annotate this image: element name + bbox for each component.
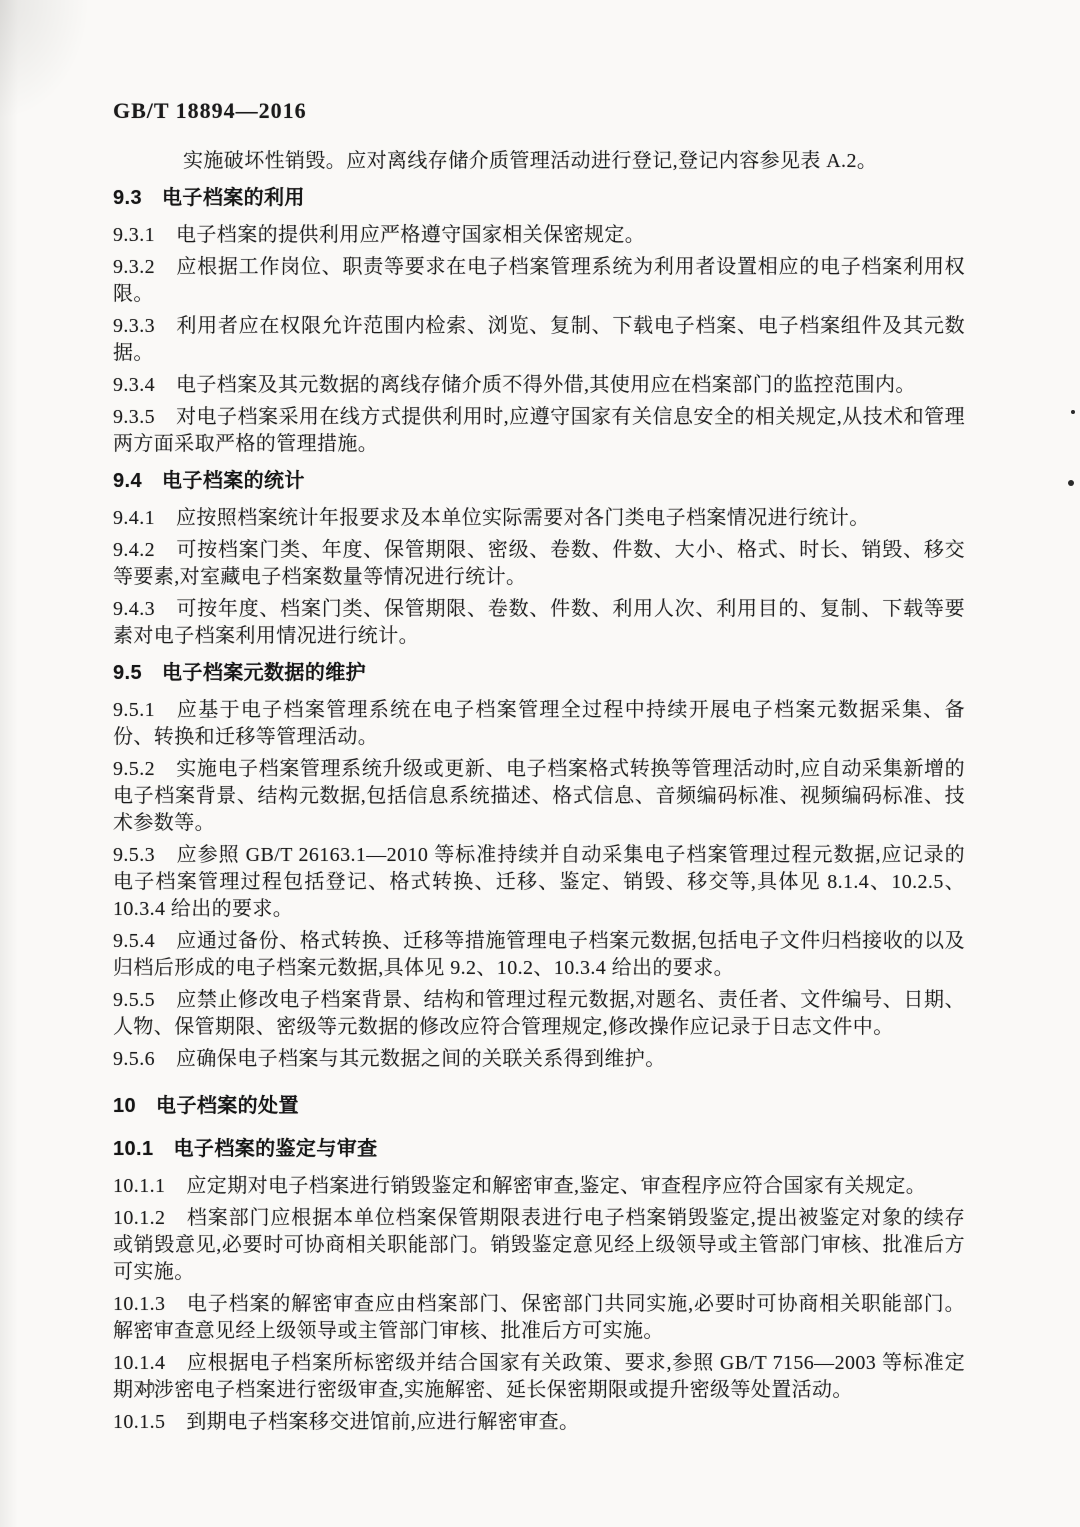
- heading-title: 电子档案的鉴定与审查: [174, 1138, 378, 1160]
- clause-9-3-4: 9.3.4电子档案及其元数据的离线存储介质不得外借,其使用应在档案部门的监控范围…: [113, 372, 965, 399]
- clause-text: 电子档案及其元数据的离线存储介质不得外借,其使用应在档案部门的监控范围内。: [176, 374, 916, 396]
- clause-number: 9.5.1: [113, 699, 155, 721]
- clause-text: 利用者应在权限允许范围内检索、浏览、复制、下载电子档案、电子档案组件及其元数据。: [113, 315, 965, 364]
- heading-number: 9.4: [113, 470, 142, 492]
- clause-number: 9.4.3: [113, 598, 155, 620]
- clause-number: 9.5.4: [113, 930, 155, 952]
- clause-text: 应基于电子档案管理系统在电子档案管理全过程中持续开展电子档案元数据采集、备份、转…: [113, 699, 965, 748]
- clause-number: 10.1.5: [113, 1411, 165, 1433]
- clause-number: 9.3.3: [113, 315, 155, 337]
- clause-number: 9.5.2: [113, 758, 155, 780]
- clause-number: 9.4.1: [113, 507, 155, 529]
- clause-9-4-2: 9.4.2可按档案门类、年度、保管期限、密级、卷数、件数、大小、格式、时长、销毁…: [113, 537, 965, 591]
- clause-text: 应禁止修改电子档案背景、结构和管理过程元数据,对题名、责任者、文件编号、日期、人…: [113, 989, 965, 1038]
- heading-title: 电子档案元数据的维护: [162, 662, 366, 684]
- clause-text: 应通过备份、格式转换、迁移等措施管理电子档案元数据,包括电子文件归档接收的以及归…: [113, 930, 965, 979]
- heading-title: 电子档案的利用: [162, 187, 305, 209]
- clause-number: 9.4.2: [113, 539, 155, 561]
- heading-10-1: 10.1电子档案的鉴定与审查: [113, 1136, 965, 1163]
- clause-number: 10.1.4: [113, 1352, 165, 1374]
- clause-9-4-1: 9.4.1应按照档案统计年报要求及本单位实际需要对各门类电子档案情况进行统计。: [113, 505, 965, 532]
- clause-9-5-6: 9.5.6应确保电子档案与其元数据之间的关联关系得到维护。: [113, 1046, 965, 1073]
- heading-title: 电子档案的统计: [162, 470, 305, 492]
- clause-number: 9.5.6: [113, 1048, 155, 1070]
- clause-number: 9.5.5: [113, 989, 155, 1011]
- clause-number: 10.1.1: [113, 1175, 165, 1197]
- clause-text: 实施电子档案管理系统升级或更新、电子档案格式转换等管理活动时,应自动采集新增的电…: [113, 758, 965, 834]
- continuation-paragraph: 实施破坏性销毁。应对离线存储介质管理活动进行登记,登记内容参见表 A.2。: [113, 148, 965, 175]
- heading-number: 9.5: [113, 662, 142, 684]
- clause-9-3-2: 9.3.2应根据工作岗位、职责等要求在电子档案管理系统为利用者设置相应的电子档案…: [113, 254, 965, 308]
- heading-10: 10电子档案的处置: [113, 1093, 965, 1120]
- clause-text: 档案部门应根据本单位档案保管期限表进行电子档案销毁鉴定,提出被鉴定对象的续存或销…: [113, 1207, 965, 1283]
- heading-9-3: 9.3电子档案的利用: [113, 185, 965, 212]
- clause-text: 应参照 GB/T 26163.1—2010 等标准持续并自动采集电子档案管理过程…: [113, 844, 965, 920]
- clause-text: 可按档案门类、年度、保管期限、密级、卷数、件数、大小、格式、时长、销毁、移交等要…: [113, 539, 965, 588]
- page-number: 10: [138, 1378, 155, 1398]
- heading-number: 10.1: [113, 1138, 154, 1160]
- clause-text: 应确保电子档案与其元数据之间的关联关系得到维护。: [176, 1048, 666, 1070]
- scan-speck: [1068, 480, 1074, 486]
- clause-9-4-3: 9.4.3可按年度、档案门类、保管期限、卷数、件数、利用人次、利用目的、复制、下…: [113, 596, 965, 650]
- scan-corner-shade: [0, 0, 90, 120]
- clause-number: 9.3.1: [113, 224, 155, 246]
- clause-9-5-1: 9.5.1应基于电子档案管理系统在电子档案管理全过程中持续开展电子档案元数据采集…: [113, 697, 965, 751]
- clause-number: 9.3.5: [113, 406, 155, 428]
- clause-10-1-1: 10.1.1应定期对电子档案进行销毁鉴定和解密审查,鉴定、审查程序应符合国家有关…: [113, 1173, 965, 1200]
- clause-number: 10.1.2: [113, 1207, 165, 1229]
- clause-text: 电子档案的解密审查应由档案部门、保密部门共同实施,必要时可协商相关职能部门。解密…: [113, 1293, 965, 1342]
- scan-speck: [1071, 410, 1075, 414]
- document-body: 实施破坏性销毁。应对离线存储介质管理活动进行登记,登记内容参见表 A.2。9.3…: [113, 148, 965, 1441]
- clause-9-5-2: 9.5.2实施电子档案管理系统升级或更新、电子档案格式转换等管理活动时,应自动采…: [113, 756, 965, 837]
- clause-text: 应按照档案统计年报要求及本单位实际需要对各门类电子档案情况进行统计。: [176, 507, 870, 529]
- document-page: GB/T 18894—2016 实施破坏性销毁。应对离线存储介质管理活动进行登记…: [0, 0, 1080, 1527]
- clause-9-5-4: 9.5.4应通过备份、格式转换、迁移等措施管理电子档案元数据,包括电子文件归档接…: [113, 928, 965, 982]
- heading-number: 9.3: [113, 187, 142, 209]
- clause-number: 9.3.2: [113, 256, 155, 278]
- clause-text: 可按年度、档案门类、保管期限、卷数、件数、利用人次、利用目的、复制、下载等要素对…: [113, 598, 965, 647]
- clause-9-3-3: 9.3.3利用者应在权限允许范围内检索、浏览、复制、下载电子档案、电子档案组件及…: [113, 313, 965, 367]
- clause-number: 10.1.3: [113, 1293, 165, 1315]
- standard-number-header: GB/T 18894—2016: [113, 98, 307, 124]
- heading-9-5: 9.5电子档案元数据的维护: [113, 660, 965, 687]
- clause-9-3-5: 9.3.5对电子档案采用在线方式提供利用时,应遵守国家有关信息安全的相关规定,从…: [113, 404, 965, 458]
- clause-number: 9.3.4: [113, 374, 155, 396]
- heading-9-4: 9.4电子档案的统计: [113, 468, 965, 495]
- clause-10-1-5: 10.1.5到期电子档案移交进馆前,应进行解密审查。: [113, 1409, 965, 1436]
- clause-text: 应根据电子档案所标密级并结合国家有关政策、要求,参照 GB/T 7156—200…: [113, 1352, 965, 1401]
- clause-text: 到期电子档案移交进馆前,应进行解密审查。: [186, 1411, 579, 1433]
- clause-number: 9.5.3: [113, 844, 155, 866]
- clause-9-5-5: 9.5.5应禁止修改电子档案背景、结构和管理过程元数据,对题名、责任者、文件编号…: [113, 987, 965, 1041]
- clause-text: 对电子档案采用在线方式提供利用时,应遵守国家有关信息安全的相关规定,从技术和管理…: [113, 406, 965, 455]
- clause-text: 电子档案的提供利用应严格遵守国家相关保密规定。: [176, 224, 645, 246]
- clause-10-1-4: 10.1.4应根据电子档案所标密级并结合国家有关政策、要求,参照 GB/T 71…: [113, 1350, 965, 1404]
- clause-9-5-3: 9.5.3应参照 GB/T 26163.1—2010 等标准持续并自动采集电子档…: [113, 842, 965, 923]
- heading-title: 电子档案的处置: [156, 1095, 299, 1117]
- clause-10-1-3: 10.1.3电子档案的解密审查应由档案部门、保密部门共同实施,必要时可协商相关职…: [113, 1291, 965, 1345]
- heading-number: 10: [113, 1095, 136, 1117]
- clause-text: 应根据工作岗位、职责等要求在电子档案管理系统为利用者设置相应的电子档案利用权限。: [113, 256, 965, 305]
- clause-9-3-1: 9.3.1电子档案的提供利用应严格遵守国家相关保密规定。: [113, 222, 965, 249]
- clause-10-1-2: 10.1.2档案部门应根据本单位档案保管期限表进行电子档案销毁鉴定,提出被鉴定对…: [113, 1205, 965, 1286]
- clause-text: 应定期对电子档案进行销毁鉴定和解密审查,鉴定、审查程序应符合国家有关规定。: [186, 1175, 926, 1197]
